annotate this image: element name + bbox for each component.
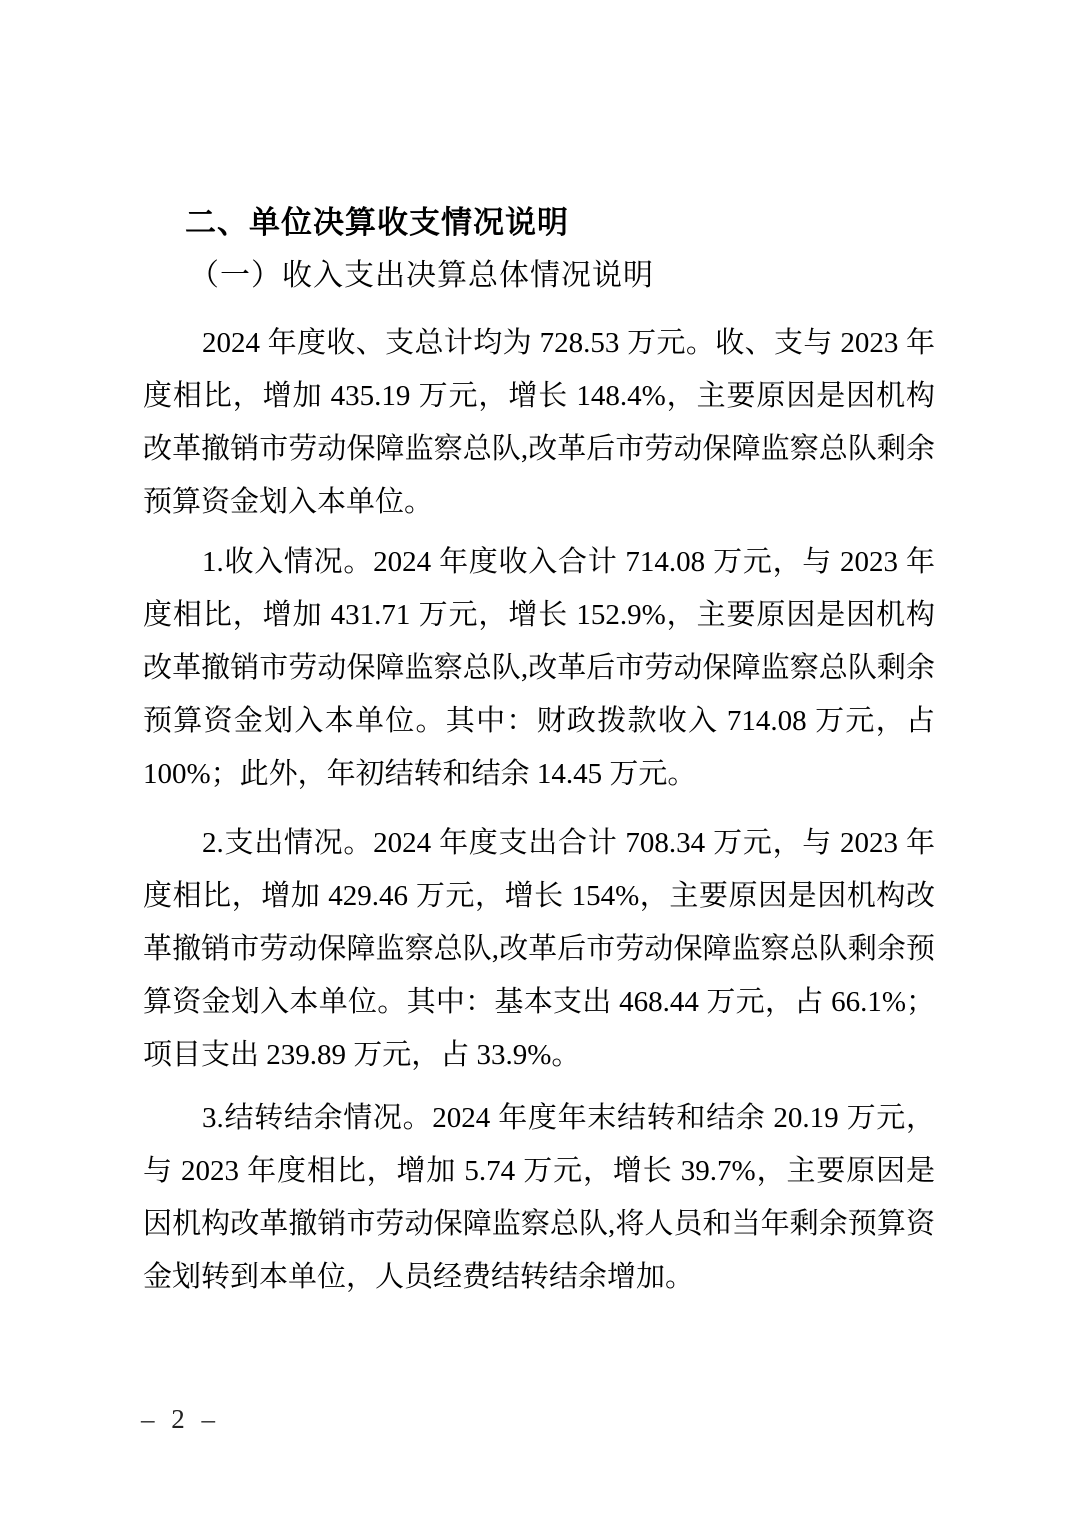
paragraph-income-situation: 1.收入情况。2024 年度收入合计 714.08 万元，与 2023 年度相比…	[143, 536, 935, 801]
paragraph-carryover-situation: 3.结转结余情况。2024 年度年末结转和结余 20.19 万元，与 2023 …	[143, 1092, 935, 1304]
subsection-heading: （一）收入支出决算总体情况说明	[143, 249, 935, 302]
page-number: – 2 –	[141, 1403, 220, 1435]
paragraph-total-overview: 2024 年度收、支总计均为 728.53 万元。收、支与 2023 年度相比，…	[143, 317, 935, 529]
document-page: 二、单位决算收支情况说明 （一）收入支出决算总体情况说明 2024 年度收、支总…	[0, 0, 1075, 1520]
document-content: 二、单位决算收支情况说明 （一）收入支出决算总体情况说明 2024 年度收、支总…	[143, 0, 935, 1304]
section-heading: 二、单位决算收支情况说明	[143, 196, 935, 249]
paragraph-expenditure-situation: 2.支出情况。2024 年度支出合计 708.34 万元，与 2023 年度相比…	[143, 817, 935, 1082]
